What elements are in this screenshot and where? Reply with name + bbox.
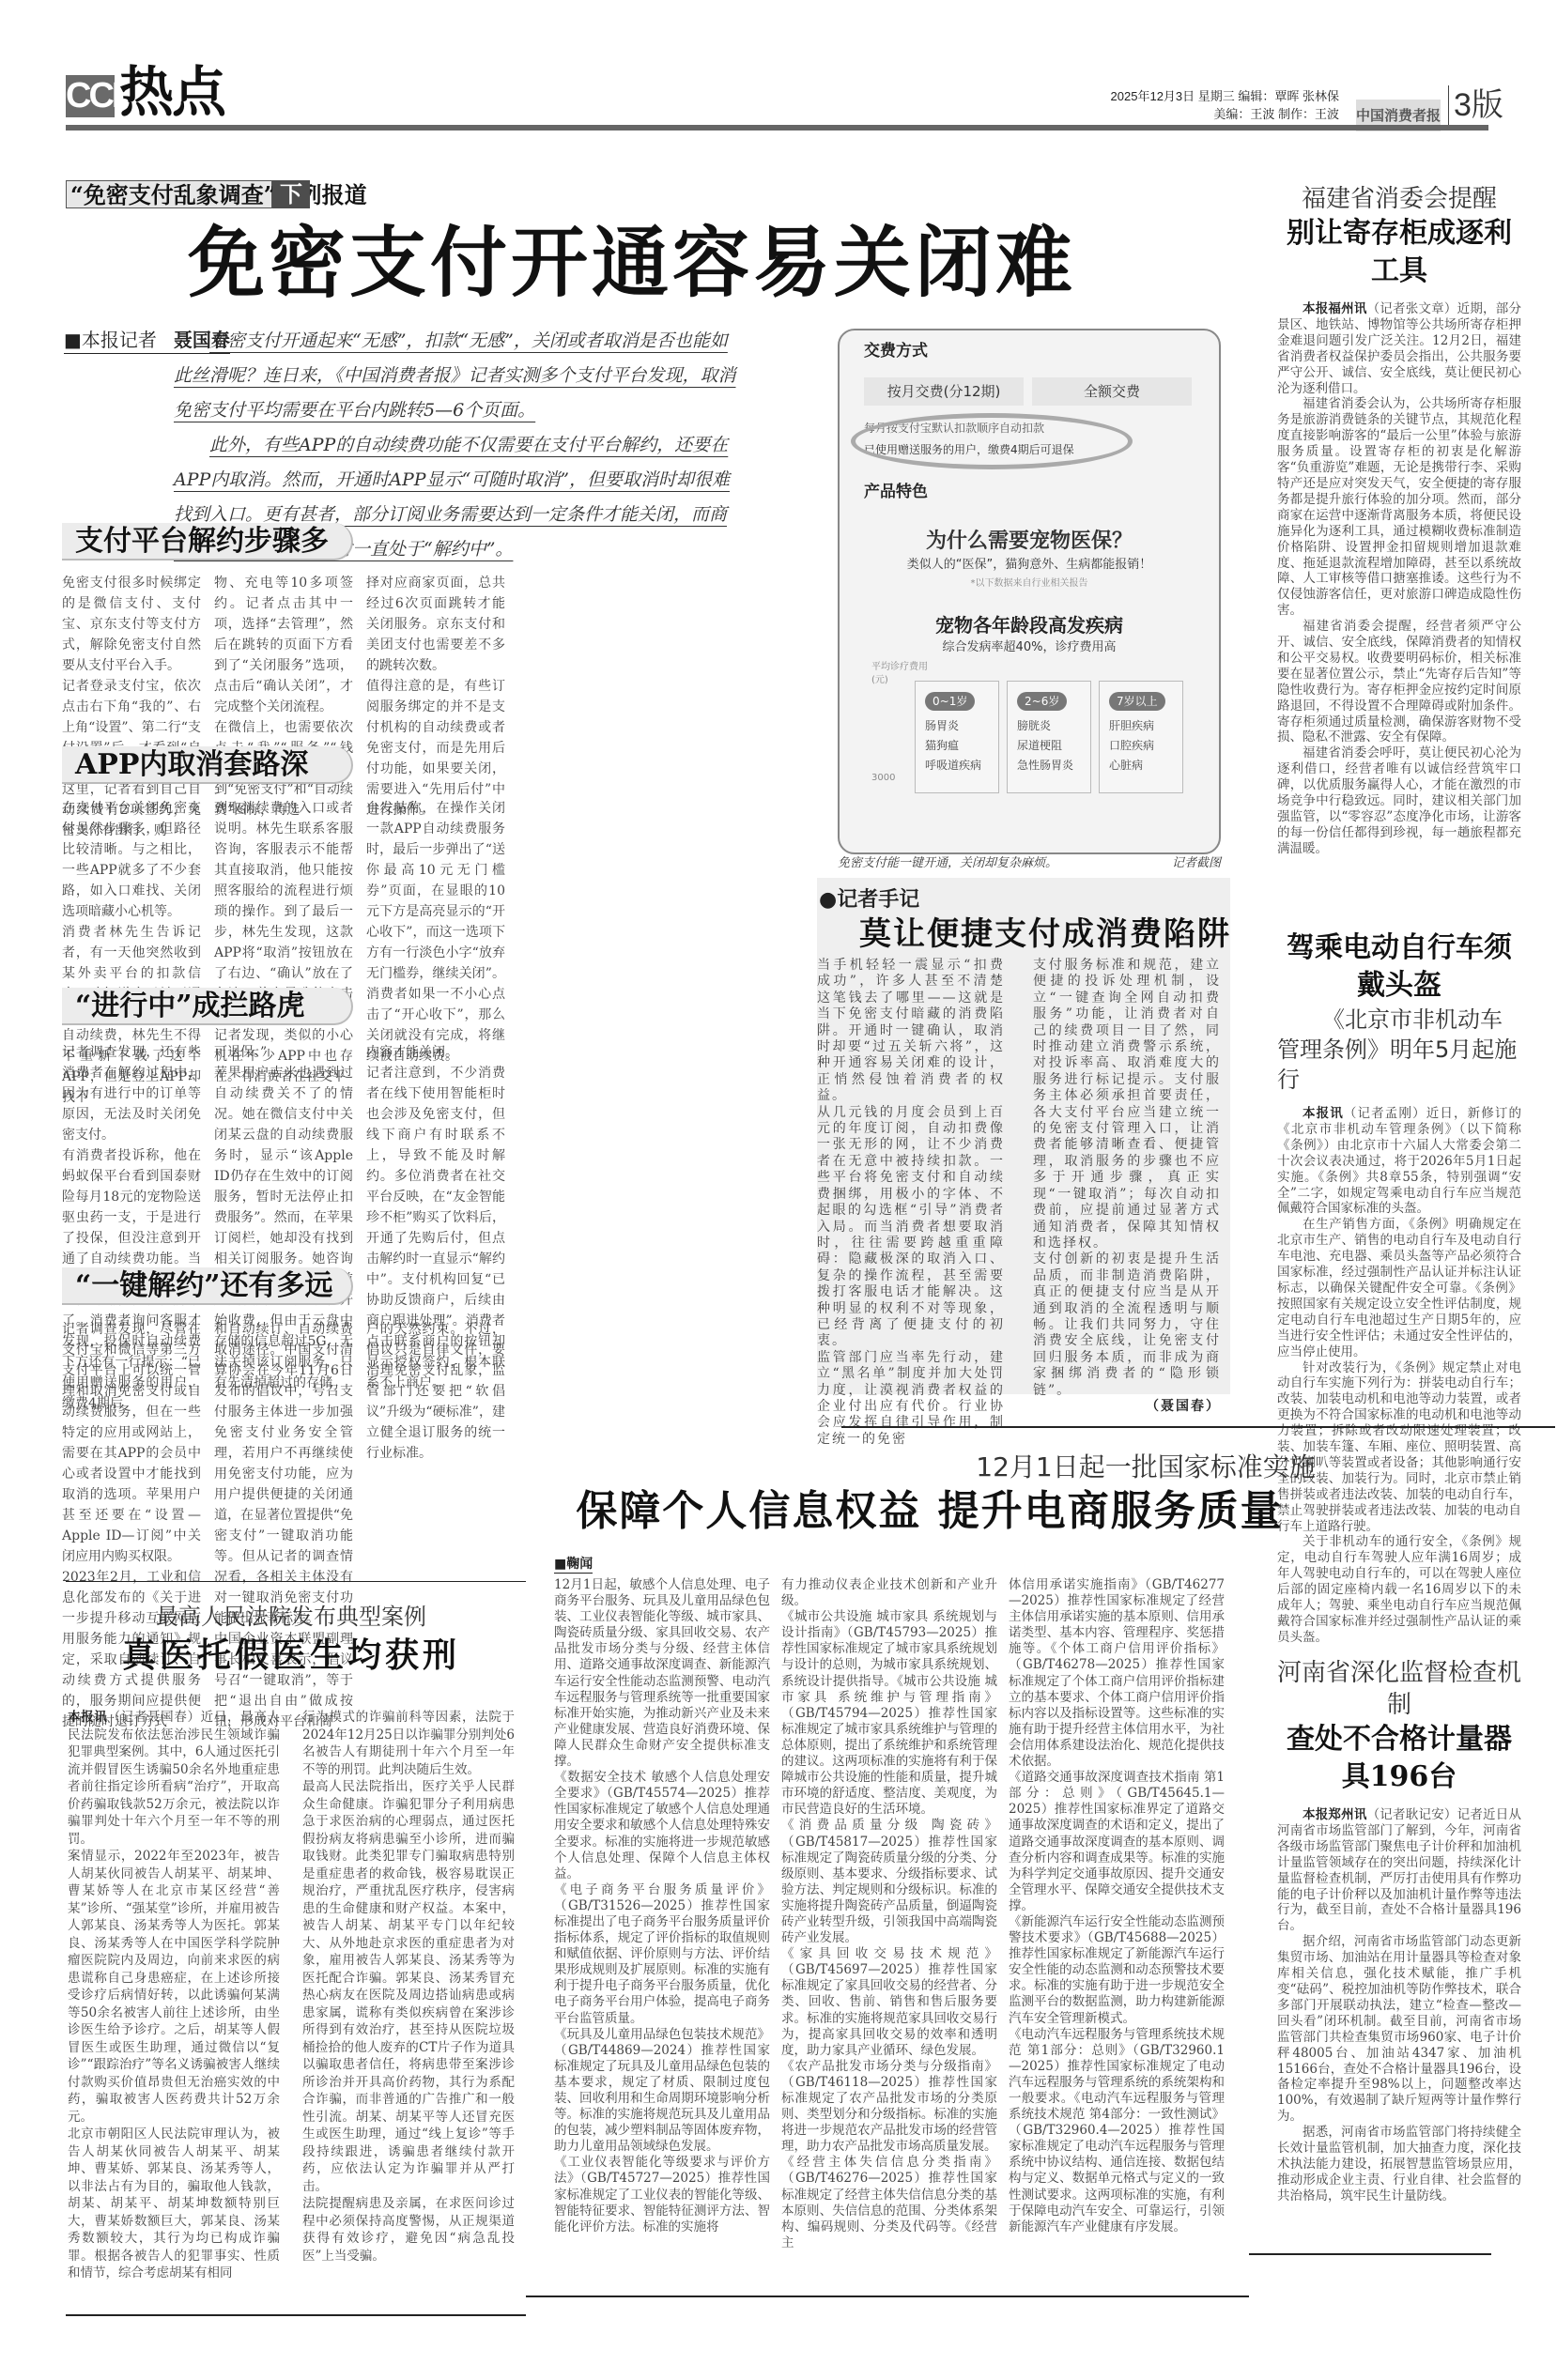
age-pill: 0~1岁 [925,692,975,711]
court-kicker: 最高人民法院发布典型案例 [56,1601,526,1633]
notebook-column: 当手机轻轻一震显示“扣费成功”，许多人甚至不清楚这笔钱去了哪里——这就是当下免密… [817,958,1005,1448]
promo-note: *以下数据来自行业相关报告 [840,576,1219,591]
page-number: 3版 [1454,84,1503,126]
disease-item: 肝胆疾病 [1109,716,1173,736]
article-body: 本报郑州讯（记者耿记安）记者近日从河南省市场监管部门了解到，今年，河南省各级市场… [1277,1807,1521,2204]
disease-item: 呼吸道疾病 [925,756,989,775]
full-payment-option: 全额交费 [1032,377,1192,406]
article-kicker: 福建省消委会提醒 [1277,183,1521,215]
article-title: 驾乘电动自行车须戴头盔 [1277,929,1521,1005]
date-editor-line: 2025年12月3日 星期三 编辑：覃晖 张林保 [1111,87,1339,105]
byline-label: ■本报记者 [64,329,157,351]
axis-value: 3000 [871,772,895,785]
standards-byline: ■鞠闻 [554,1556,593,1574]
series-part-badge: 下 [272,180,310,208]
henan-article: 河南省深化监督检查机制 查处不合格计量器具196台 本报郑州讯（记者耿记安）记者… [1277,1657,1521,2204]
reporter: （记者孟刚） [1344,1106,1426,1121]
disease-item: 尿道梗阻 [1017,736,1081,756]
series-tag: “免密支付乱象调查”系列报道 [66,180,272,208]
section-title: 热点 [119,62,224,122]
article-paragraph: 福建省消委会呼吁，莫让便民初心沦为逐利借口，经营者唯有以诚信经营筑牢口碑，以优质… [1277,745,1521,856]
standards-title: 保障个人信息权益 提升电商服务质量 [526,1483,1333,1540]
masthead-divider [1448,85,1449,129]
age-card: 0~1岁 肠胃炎 猫狗瘟 呼吸道疾病 [915,681,999,793]
age-pill: 2~6岁 [1017,692,1067,711]
article-paragraph: 据介绍，河南省市场监管部门动态更新集贸市场、加油站在用计量器具等检查对象库相关信… [1277,1934,1521,2125]
highlight-circle [851,413,1133,469]
section-heading: APP内取消套路深 [62,746,353,784]
payment-method-heading: 交费方式 [864,340,928,362]
notebook-columns: 当手机轻轻一震显示“扣费成功”，许多人甚至不清楚这笔钱去了哪里——这就是当下免密… [817,958,1221,1448]
standards-column: 有力推动仪表企业技术创新和产业升级。 《城市公共设施 城市家具 系统规划与设计指… [781,1577,997,2251]
lead-paragraph: 免密支付开通起来“无感”，扣款“无感”，关闭或者取消是否也能如此丝滑呢？连日来，… [174,324,737,428]
article-paragraph: 本报讯（记者孟刚）近日，新修订的《北京市非机动车管理条例》（以下简称《条例》）由… [1277,1106,1521,1217]
standards-kicker: 12月1日起一批国家标准实施 [864,1451,1427,1484]
section-divider [66,1581,526,1582]
article-paragraph: 福建省消委会提醒，经营者须严守公开、诚信、安全底线，保障消费者的知情权和公平交易… [1277,619,1521,745]
age-card: 2~6岁 膀胱炎 尿道梗阻 急性肠胃炎 [1007,681,1091,793]
henan-end-rule [1249,2253,1491,2255]
article-paragraph: 在生产销售方面，《条例》明确规定在北京市生产、销售的电动自行车及电动自行车电池、… [1277,1217,1521,1359]
features-heading: 产品特色 [864,481,928,503]
caption-text: 免密支付能一键开通，关闭却复杂麻烦。 [838,854,1057,873]
article-body: 本报讯（记者孟刚）近日，新修订的《北京市非机动车管理条例》（以下简称《条例》）由… [1277,1106,1521,1646]
court-end-rule [66,2314,526,2316]
article-paragraph: 本报福州讯（记者张文章）近期，部分景区、地铁站、博物馆等公共场所寄存柜押金难退问… [1277,301,1521,396]
article-title: 别让寄存柜成逐利工具 [1277,215,1521,290]
app-screenshot-photo: 交费方式 按月交费(分12期) 全额交费 每月按支付宝默认扣款顺序自动扣款 已使… [838,329,1221,854]
disease-item: 肠胃炎 [925,716,989,736]
reporter: （记者聂国春） [108,1710,201,1725]
notebook-tag: ●记者手记 [819,886,919,914]
reporter: （记者耿记安） [1367,1807,1457,1822]
dateline: 本报讯 [1303,1106,1344,1121]
standards-column: 12月1日起，敏感个人信息处理、电子商务平台服务、玩具及儿童用品绿色包装、工业仪… [554,1577,770,2251]
article-paragraph: 据悉，河南省市场监管部门将持续健全长效计量监管机制，加大抽查力度，深化技术执法能… [1277,2125,1521,2204]
section-heading: “一键解约”还有多远 [62,1267,353,1305]
article-subtitle: 《北京市非机动车管理条例》明年5月起施行 [1277,1005,1521,1095]
dateline: 本报讯 [68,1710,108,1725]
article-title: 查处不合格计量器具196台 [1277,1721,1521,1796]
article-paragraph: 关于非机动车的通行安全，《条例》规定，电动自行车驾驶人应年满16周岁；成年人驾驶… [1277,1534,1521,1645]
standards-column: 体信用承诺实施指南》（GB/T46277—2025）推荐性国家标准规定了经营主体… [1009,1577,1225,2251]
promo-subtitle: 类似人的“医保”，猫狗意外、生病都能报销！ [840,556,1219,575]
article-paragraph: 福建省消委会认为，公共场所寄存柜服务是旅游消费链条的关键节点，其规范化程度直接影… [1277,396,1521,619]
disease-item: 口腔疾病 [1109,736,1173,756]
disease-item: 心脏病 [1109,756,1173,775]
article-kicker: 河南省深化监督检查机制 [1277,1657,1521,1721]
disease-title: 宠物各年龄段高发疾病 [840,612,1219,638]
age-card: 7岁以上 肝胆疾病 口腔疾病 心脏病 [1099,681,1183,793]
notebook-signature: （聂国春） [1033,1399,1221,1415]
fujian-article: 福建省消委会提醒 别让寄存柜成逐利工具 本报福州讯（记者张文章）近期，部分景区、… [1277,183,1521,857]
photo-caption: 免密支付能一键开通，关闭却复杂麻烦。 记者截图 [838,854,1221,873]
notebook-column: 支付服务标准和规范，建立便捷的投诉处理机制，设立“一键查询全网自动扣费服务”功能… [1033,958,1221,1399]
article-body: 本报福州讯（记者张文章）近期，部分景区、地铁站、博物馆等公共场所寄存柜押金难退问… [1277,301,1521,857]
standards-end-rule [526,2296,1249,2297]
notebook-column-wrap: 支付服务标准和规范，建立便捷的投诉处理机制，设立“一键查询全网自动扣费服务”功能… [1033,958,1221,1448]
lead-headline: 免密支付开通容易关闭难 [188,211,1076,315]
court-title: 真医托假医生均获刑 [56,1632,526,1679]
disease-item: 急性肠胃炎 [1017,756,1081,775]
age-pill: 7岁以上 [1109,692,1165,711]
section-heading: 支付平台解约步骤多 [62,523,353,560]
court-column: 行为模式的诈骗前科等因素，法院于2024年12月25日以诈骗罪分别判处6名被告人… [302,1709,515,2282]
disease-subtitle: 综合发病率超40%，诊疗费用高 [840,638,1219,657]
dateline: 本报福州讯 [1303,301,1367,316]
disease-item: 猫狗瘟 [925,736,989,756]
court-column: 本报讯（记者聂国春）近日，最高人民法院发布依法惩治涉民生领域诈骗犯罪典型案例。其… [68,1709,280,2282]
disease-item: 膀胱炎 [1017,716,1081,736]
masthead-info: 2025年12月3日 星期三 编辑：覃晖 张林保 美编：王波 制作：王波 [1111,87,1339,123]
reporter: （记者张文章） [1367,301,1457,316]
standards-columns: 12月1日起，敏感个人信息处理、电子商务平台服务、玩具及儿童用品绿色包装、工业仪… [554,1577,1225,2251]
masthead-rule [66,125,1488,131]
staff-line: 美编：王波 制作：王波 [1111,105,1339,123]
court-columns: 本报讯（记者聂国春）近日，最高人民法院发布依法惩治涉民生领域诈骗犯罪典型案例。其… [68,1709,515,2282]
notebook-title: 莫让便捷支付成消费陷阱 [859,913,1231,956]
monthly-payment-option: 按月交费(分12期) [864,377,1024,406]
photo-credit: 记者截图 [1172,854,1221,873]
promo-title: 为什么需要宠物医保？ [840,528,1219,556]
masthead-logo: CCN [66,75,115,117]
section-heading: “进行中”成拦路虎 [62,988,353,1025]
dateline: 本报郑州讯 [1303,1807,1367,1822]
section-divider [841,1426,1555,1428]
article-paragraph: 本报郑州讯（记者耿记安）记者近日从河南省市场监管部门了解到，今年，河南省各级市场… [1277,1807,1521,1934]
